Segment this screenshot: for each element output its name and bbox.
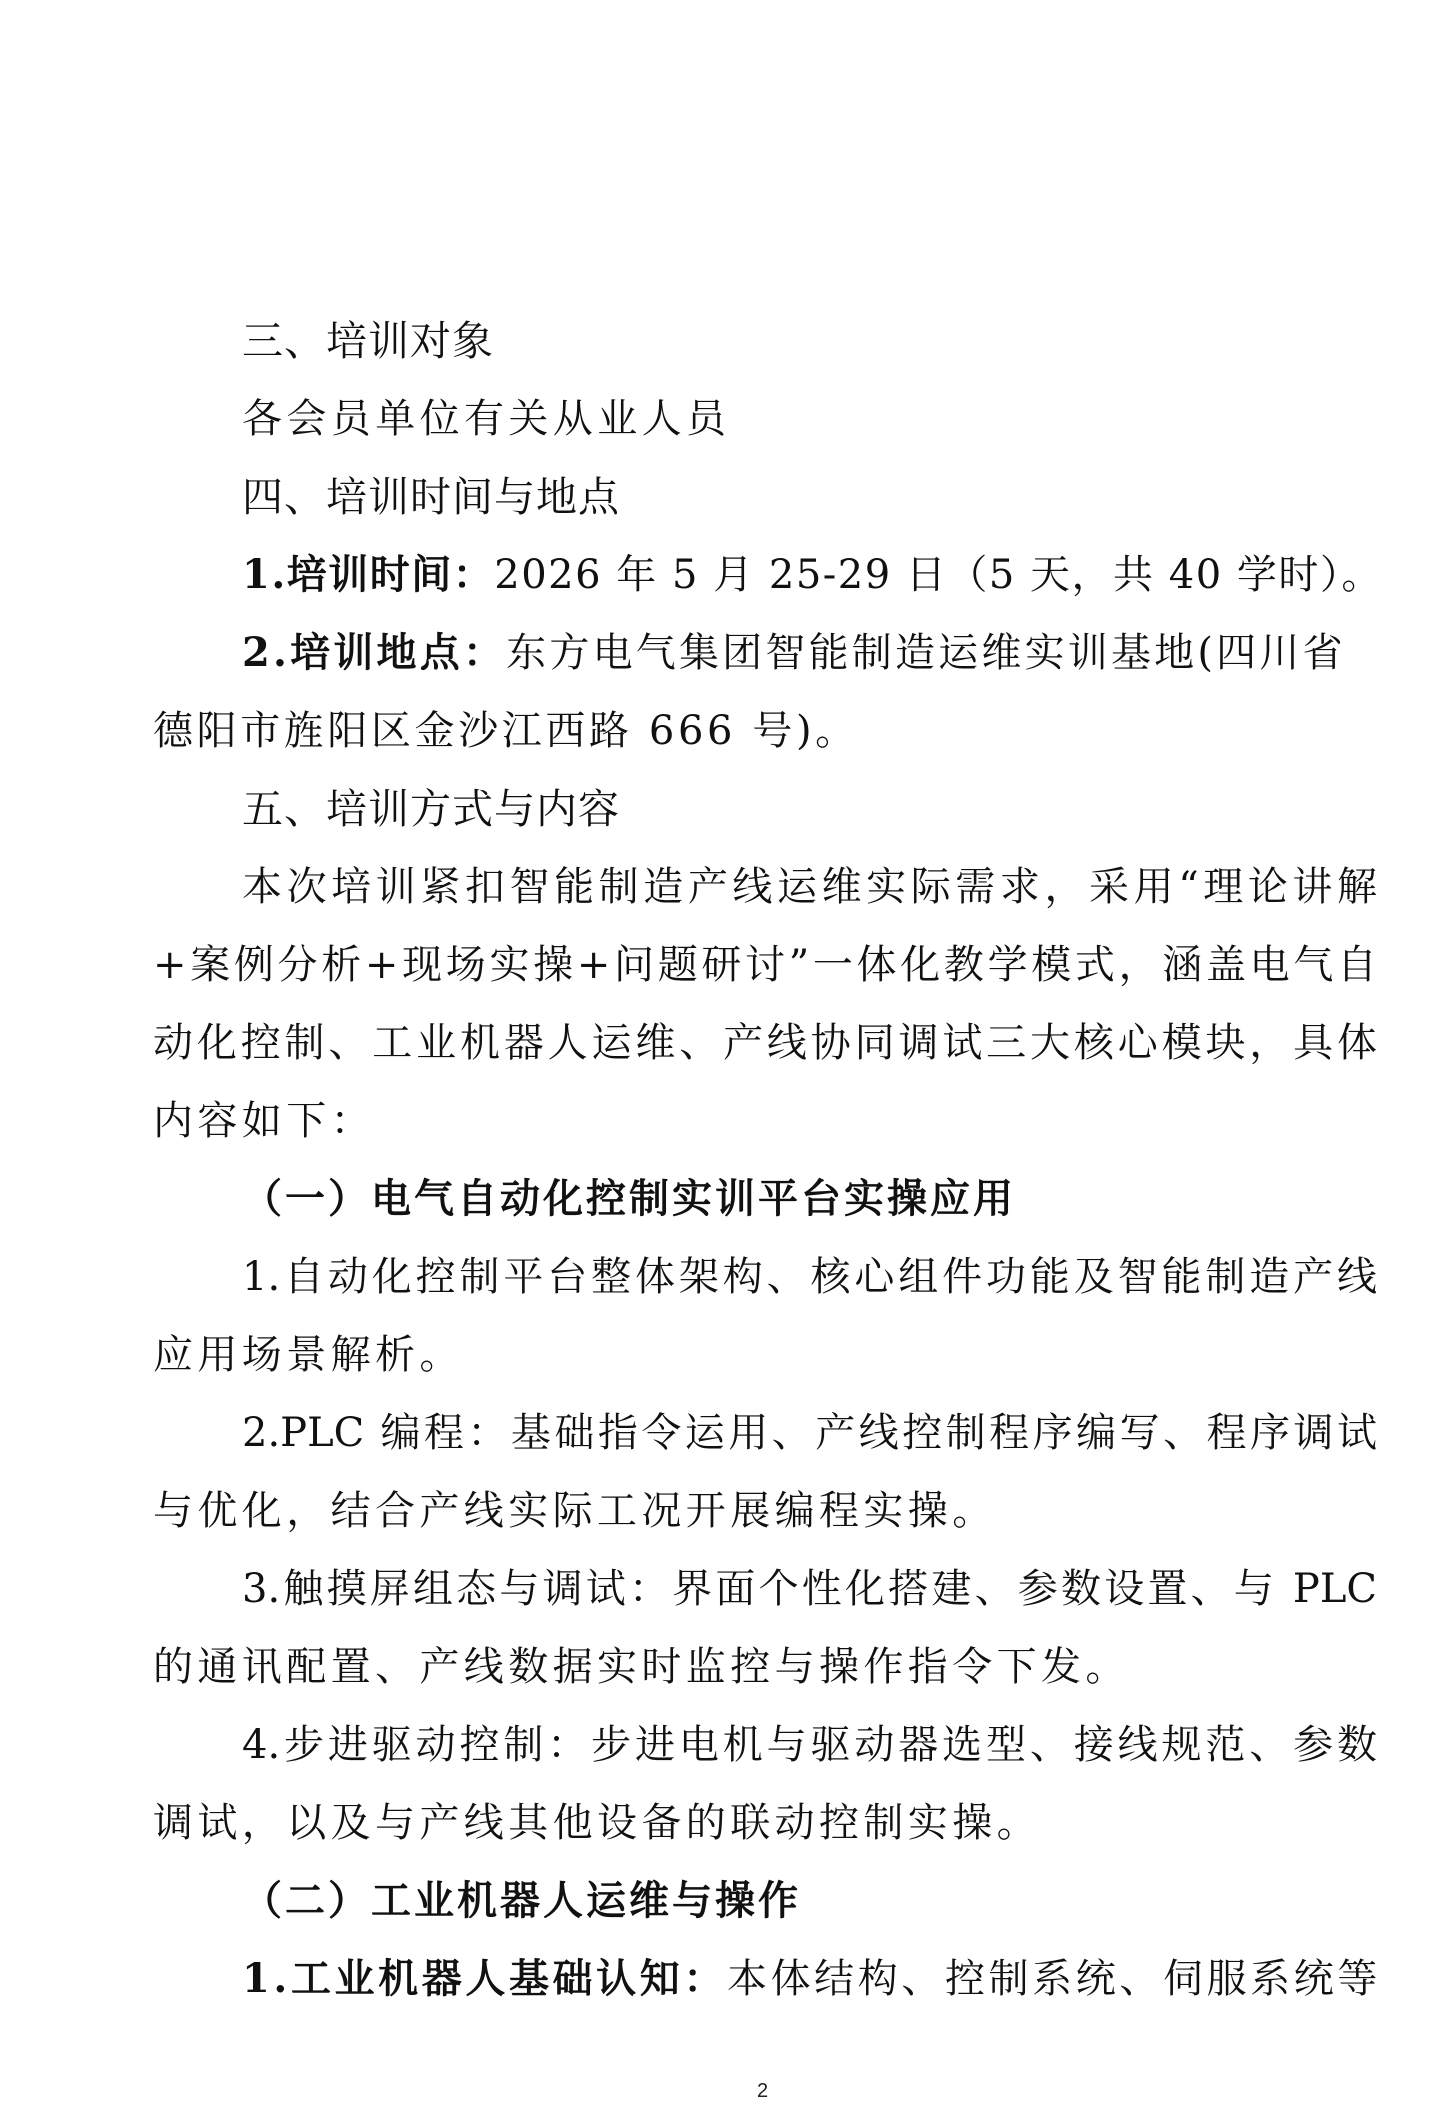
training-place-value-line2: 德阳市旌阳区金沙江西路 666 号)。	[153, 692, 859, 770]
item-4-line-1: 4.步进驱动控制：步进电机与驱动器选型、接线规范、参数	[242, 1706, 1377, 1784]
training-place-value-line1: 东方电气集团智能制造运维实训基地(四川省	[506, 630, 1346, 676]
training-place-label: 2.培训地点：	[242, 629, 506, 676]
training-place-item: 2.培训地点：东方电气集团智能制造运维实训基地(四川省	[242, 614, 1346, 692]
item-2-line-2: 与优化，结合产线实际工况开展编程实操。	[153, 1472, 997, 1550]
intro-line-1: 本次培训紧扣智能制造产线运维实际需求，采用“理论讲解	[242, 848, 1377, 926]
intro-line-3: 动化控制、工业机器人运维、产线协同调试三大核心模块，具体	[153, 1004, 1377, 1082]
robot-item-1: 1.工业机器人基础认知：本体结构、控制系统、伺服系统等	[242, 1940, 1381, 2018]
training-time-label: 1.培训时间：	[242, 551, 494, 598]
section-body-trainees: 各会员单位有关从业人员	[242, 380, 730, 458]
subsection-heading-electrical-automation: （一）电气自动化控制实训平台实操应用	[242, 1160, 1016, 1238]
robot-item-1-text: 本体结构、控制系统、伺服系统等	[727, 1956, 1381, 2002]
item-1-line-1: 1.自动化控制平台整体架构、核心组件功能及智能制造产线	[242, 1238, 1377, 1316]
section-heading-trainees: 三、培训对象	[242, 302, 494, 380]
robot-item-1-label: 1.工业机器人基础认知：	[242, 1955, 727, 2002]
training-time-value: 2026 年 5 月 25-29 日（5 天，共 40 学时）。	[494, 552, 1383, 598]
intro-line-4: 内容如下：	[153, 1082, 375, 1160]
page-number: 2	[757, 2080, 768, 2103]
section-heading-method-content: 五、培训方式与内容	[242, 770, 620, 848]
section-heading-time-place: 四、培训时间与地点	[242, 458, 620, 536]
intro-line-2: +案例分析+现场实操+问题研讨”一体化教学模式，涵盖电气自	[153, 926, 1377, 1004]
item-2-line-1: 2.PLC 编程：基础指令运用、产线控制程序编写、程序调试	[242, 1394, 1377, 1472]
item-1-line-2: 应用场景解析。	[153, 1316, 464, 1394]
training-time-item: 1.培训时间：2026 年 5 月 25-29 日（5 天，共 40 学时）。	[242, 536, 1383, 614]
item-4-line-2: 调试，以及与产线其他设备的联动控制实操。	[153, 1784, 1041, 1862]
item-3-line-1: 3.触摸屏组态与调试：界面个性化搭建、参数设置、与 PLC	[242, 1550, 1377, 1628]
subsection-heading-industrial-robot: （二）工业机器人运维与操作	[242, 1862, 801, 1940]
item-3-line-2: 的通讯配置、产线数据实时监控与操作指令下发。	[153, 1628, 1130, 1706]
